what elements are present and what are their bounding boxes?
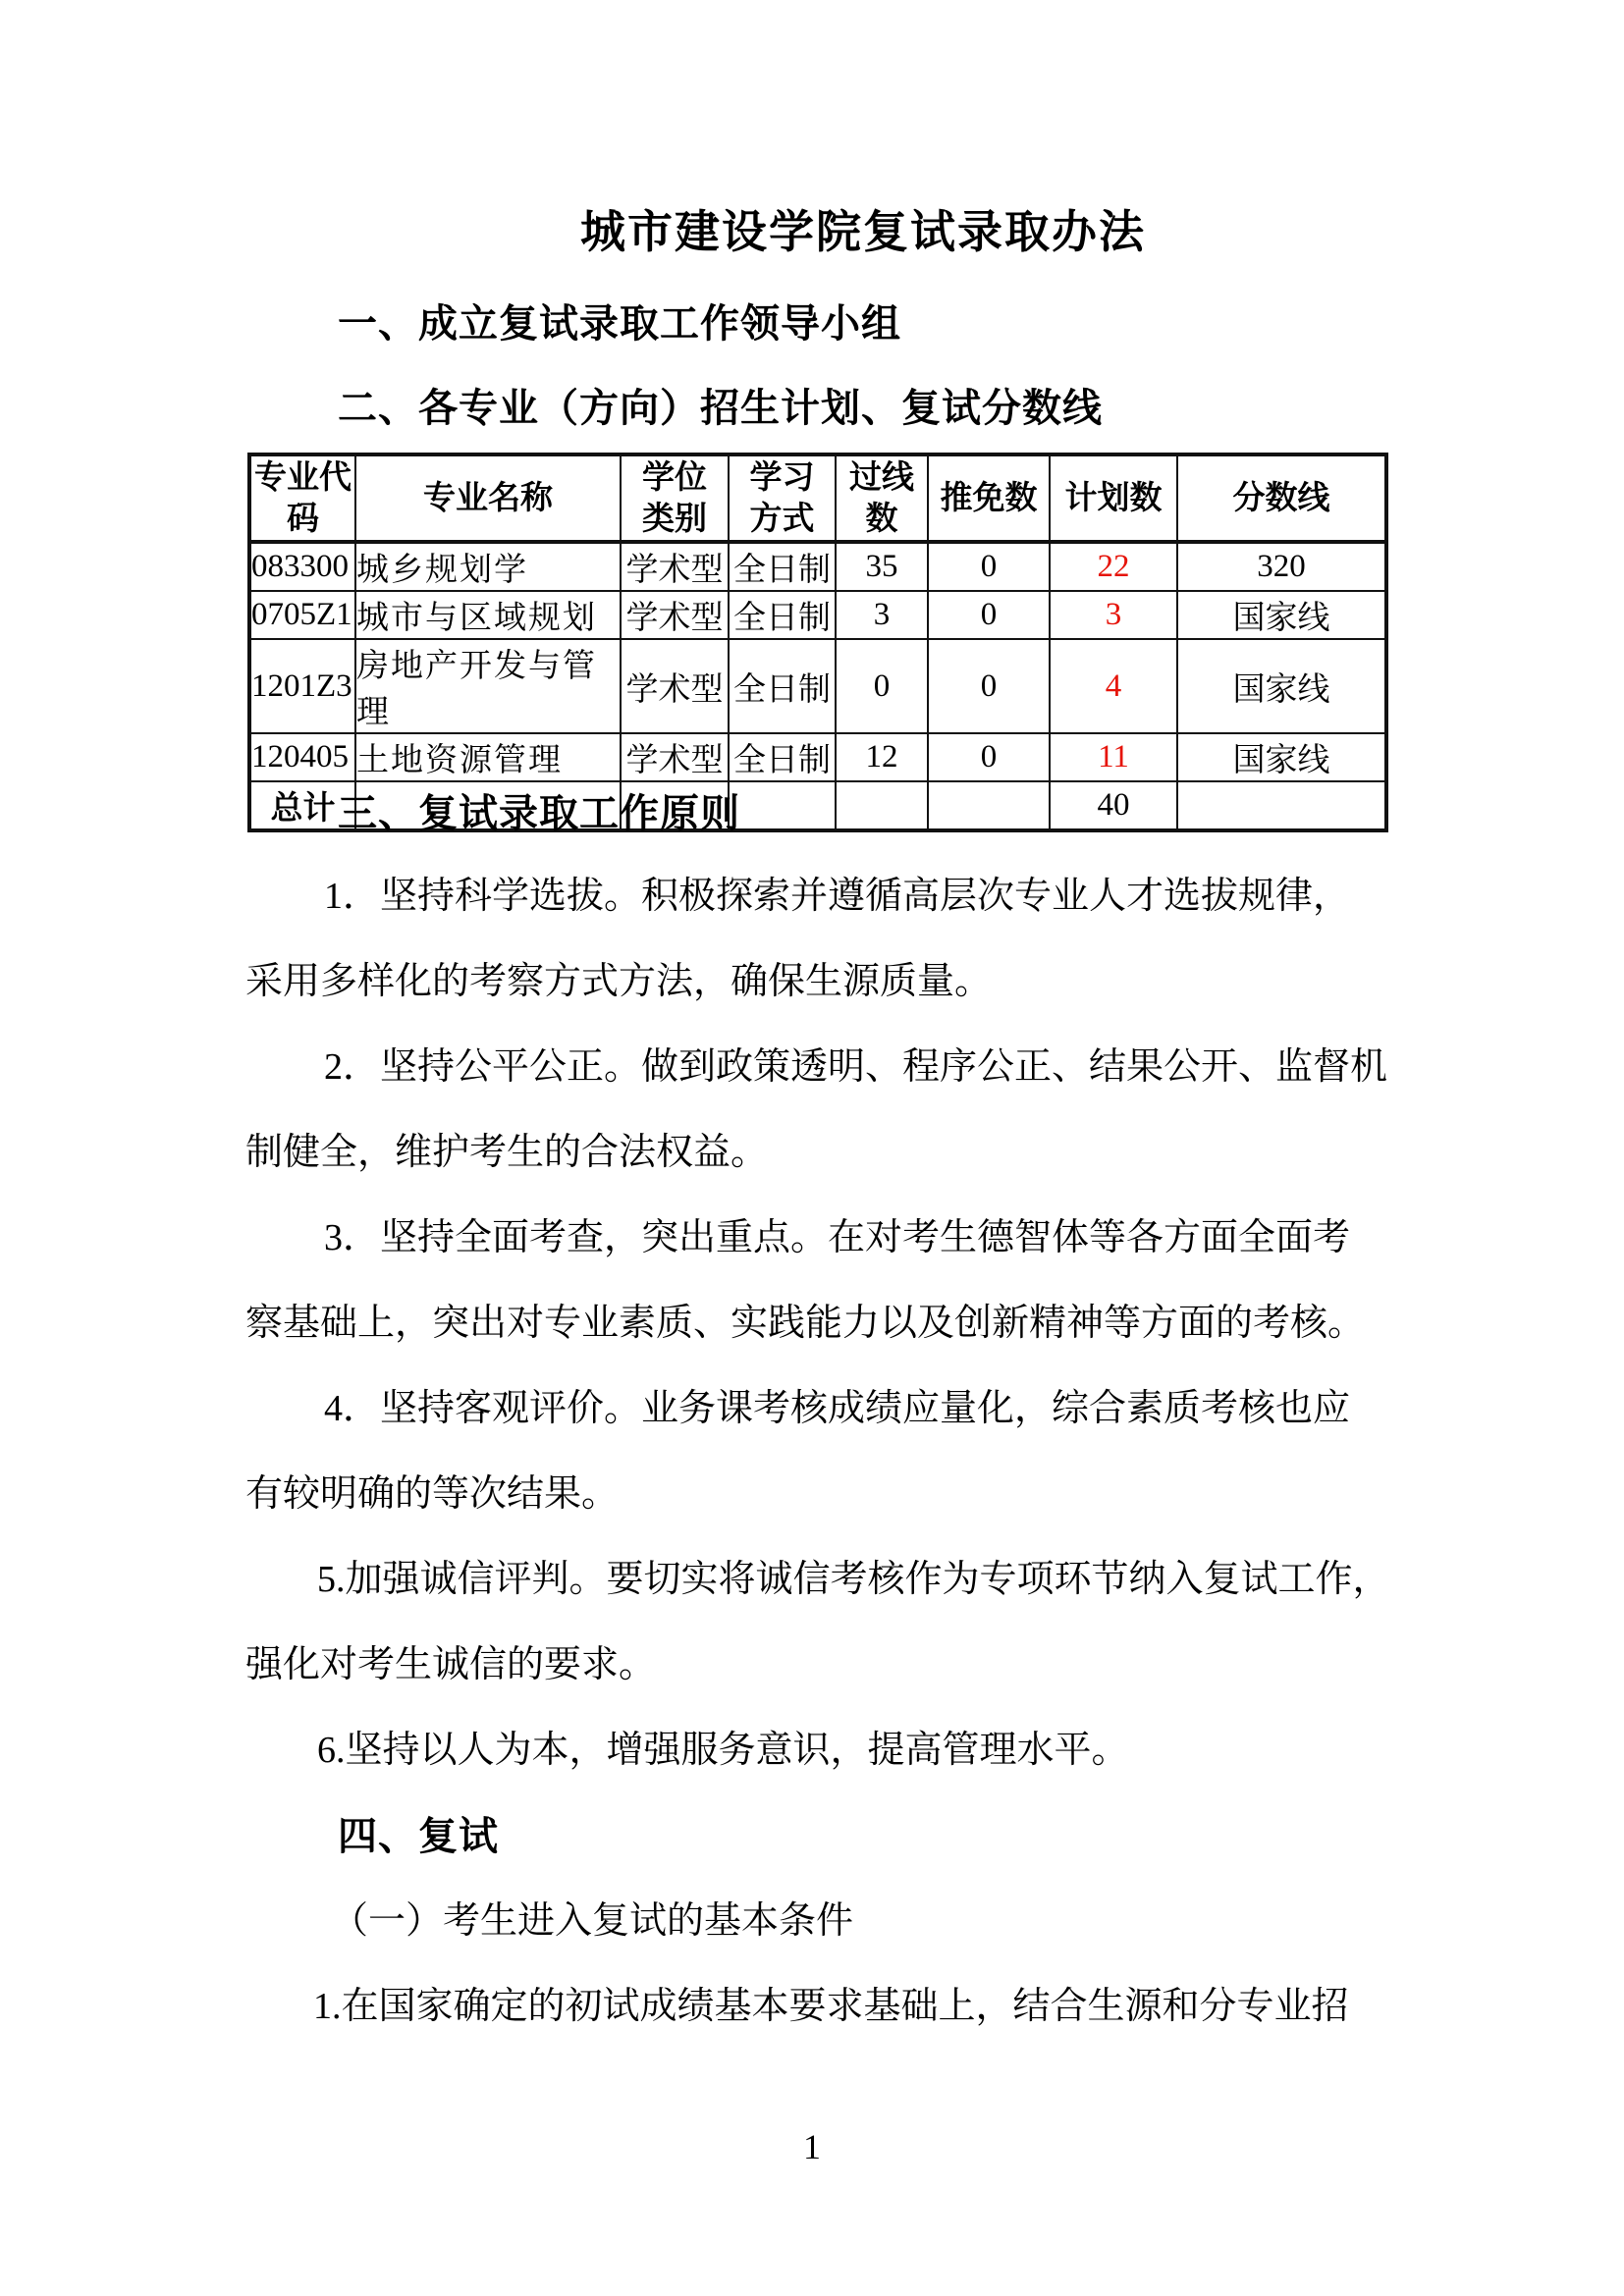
body-line: 1.在国家确定的初试成绩基本要求基础上，结合生源和分专业招: [313, 1985, 1349, 2030]
col-header-score-line: 分数线: [1177, 454, 1386, 542]
cell-passed: 3: [836, 591, 928, 639]
cell-planned: 22: [1050, 542, 1177, 591]
col-header-passed: 过线数: [836, 454, 928, 542]
cell-exempt: 0: [928, 591, 1050, 639]
cell-name: 城市与区域规划: [355, 591, 621, 639]
col-header-exempt: 推免数: [928, 454, 1050, 542]
cell-empty: [1177, 781, 1386, 830]
col-header-study-mode: 学习 方式: [729, 454, 836, 542]
sub-heading-basic-conditions: （一）考生进入复试的基本条件: [331, 1899, 853, 1945]
cell-study-mode: 全日制: [729, 639, 836, 733]
cell-degree-type: 学术型: [621, 733, 729, 781]
body-line: 有较明确的等次结果。: [245, 1472, 619, 1518]
body-line: 1．坚持科学选拔。积极探索并遵循高层次专业人才选拔规律，: [324, 875, 1350, 920]
cell-degree-type: 学术型: [621, 591, 729, 639]
cell-degree-type: 学术型: [621, 542, 729, 591]
table-row: 083300 城乡规划学 学术型 全日制 35 0 22 320: [249, 542, 1386, 591]
cell-score-line: 国家线: [1177, 733, 1386, 781]
cell-study-mode: 全日制: [729, 733, 836, 781]
table-row: 0705Z1 城市与区域规划 学术型 全日制 3 0 3 国家线: [249, 591, 1386, 639]
body-line: 3．坚持全面考查，突出重点。在对考生德智体等各方面全面考: [324, 1216, 1350, 1261]
cell-study-mode: 全日制: [729, 591, 836, 639]
cell-planned: 11: [1050, 733, 1177, 781]
table-row: 120405 土地资源管理 学术型 全日制 12 0 11 国家线: [249, 733, 1386, 781]
enrollment-plan-table: 专业代 码 专业名称 学位 类别 学习 方式 过线数 推免数 计划数 分数线 0…: [247, 453, 1388, 832]
cell-score-line: 国家线: [1177, 591, 1386, 639]
table-header-row: 专业代 码 专业名称 学位 类别 学习 方式 过线数 推免数 计划数 分数线: [249, 454, 1386, 542]
cell-exempt: 0: [928, 639, 1050, 733]
cell-planned: 4: [1050, 639, 1177, 733]
col-header-planned: 计划数: [1050, 454, 1177, 542]
cell-passed: 12: [836, 733, 928, 781]
cell-code: 0705Z1: [249, 591, 355, 639]
page-title: 城市建设学院复试录取办法: [0, 205, 1624, 259]
cell-total-planned: 40: [1050, 781, 1177, 830]
cell-code: 1201Z3: [249, 639, 355, 733]
cell-exempt: 0: [928, 542, 1050, 591]
cell-code: 083300: [249, 542, 355, 591]
cell-score-line: 320: [1177, 542, 1386, 591]
cell-exempt: 0: [928, 733, 1050, 781]
heading-enrollment-plan: 二、各专业（方向）招生计划、复试分数线: [338, 385, 1103, 432]
document-page: 城市建设学院复试录取办法 一、成立复试录取工作领导小组 二、各专业（方向）招生计…: [0, 0, 1624, 2296]
heading-principles: 三、复试录取工作原则: [338, 790, 740, 837]
heading-reexamination: 四、复试: [338, 1813, 499, 1860]
col-header-degree-type: 学位 类别: [621, 454, 729, 542]
cell-name: 房地产开发与管理: [355, 639, 621, 733]
cell-name: 城乡规划学: [355, 542, 621, 591]
cell-empty: [729, 781, 836, 830]
cell-study-mode: 全日制: [729, 542, 836, 591]
table-row: 1201Z3 房地产开发与管理 学术型 全日制 0 0 4 国家线: [249, 639, 1386, 733]
body-line: 5.加强诚信评判。要切实将诚信考核作为专项环节纳入复试工作，: [317, 1558, 1390, 1603]
cell-planned: 3: [1050, 591, 1177, 639]
cell-score-line: 国家线: [1177, 639, 1386, 733]
heading-leading-group: 一、成立复试录取工作领导小组: [338, 300, 901, 347]
body-line: 强化对考生诚信的要求。: [245, 1643, 656, 1688]
page-number: 1: [0, 2126, 1624, 2168]
cell-passed: 35: [836, 542, 928, 591]
cell-passed: 0: [836, 639, 928, 733]
cell-name: 土地资源管理: [355, 733, 621, 781]
body-line: 4．坚持客观评价。业务课考核成绩应量化，综合素质考核也应: [324, 1387, 1350, 1432]
body-line: 6.坚持以人为本，增强服务意识，提高管理水平。: [317, 1729, 1129, 1774]
cell-empty: [928, 781, 1050, 830]
body-line: 采用多样化的考察方式方法，确保生源质量。: [245, 960, 992, 1005]
cell-code: 120405: [249, 733, 355, 781]
col-header-code: 专业代 码: [249, 454, 355, 542]
cell-empty: [836, 781, 928, 830]
cell-degree-type: 学术型: [621, 639, 729, 733]
col-header-name: 专业名称: [355, 454, 621, 542]
body-line: 2．坚持公平公正。做到政策透明、程序公正、结果公开、监督机: [324, 1045, 1387, 1091]
body-line: 制健全，维护考生的合法权益。: [245, 1131, 768, 1176]
body-line: 察基础上，突出对专业素质、实践能力以及创新精神等方面的考核。: [245, 1302, 1365, 1347]
